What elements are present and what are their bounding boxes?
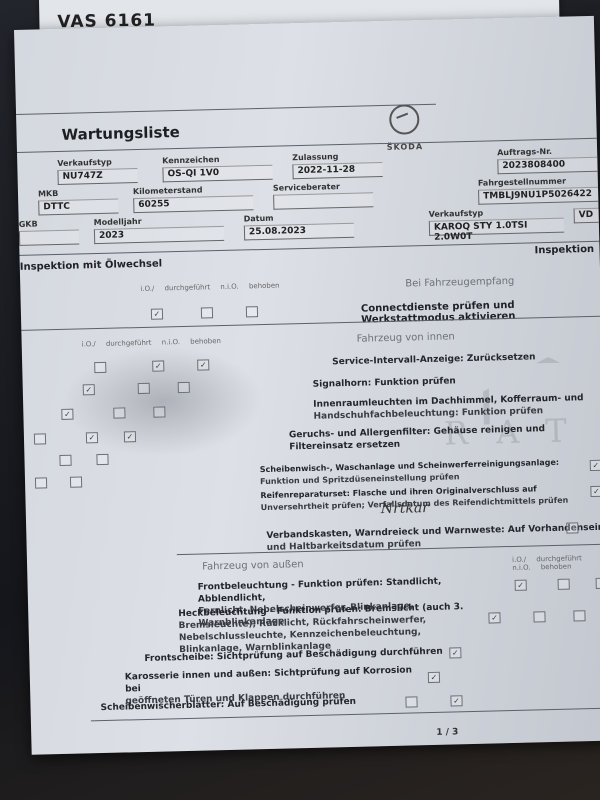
checkbox[interactable]: ✓ (488, 612, 500, 623)
divider (16, 104, 436, 115)
checkbox[interactable] (70, 476, 82, 487)
field-verkaufstyp-2: VerkaufstypKAROQ STY 1.0TSI 2.0W0T (429, 207, 565, 236)
maintenance-checklist-page: Wartungsliste ŠKODA VerkaufstypNU747Z Ke… (14, 16, 600, 755)
document-title: Wartungsliste (61, 123, 180, 144)
section-exterior: Fahrzeug von außen (202, 559, 304, 572)
checkbox[interactable] (153, 406, 165, 417)
checkbox[interactable]: ✓ (61, 409, 73, 420)
checkbox[interactable] (94, 362, 106, 373)
checkbox[interactable] (566, 522, 578, 533)
field-verkaufstyp: VerkaufstypNU747Z (57, 157, 138, 185)
checkbox[interactable] (59, 455, 71, 466)
handwritten-signature: Nrtkar (381, 500, 429, 517)
field-modelljahr: Modelljahr2023 (94, 215, 225, 244)
page-number: 1 / 3 (436, 727, 458, 738)
brand-logo: ŠKODA (384, 104, 425, 154)
checkbox[interactable] (178, 382, 190, 393)
checkbox[interactable]: ✓ (428, 672, 440, 683)
checkbox[interactable]: ✓ (83, 384, 95, 395)
checkbox[interactable]: ✓ (124, 431, 136, 442)
checkbox-io[interactable]: ✓ (151, 308, 163, 319)
checkbox[interactable]: ✓ (86, 432, 98, 443)
section-inspection-right: Inspektion (534, 244, 594, 256)
checkbox[interactable] (533, 611, 545, 622)
field-mkb: MKBDTTC (38, 188, 119, 216)
checkbox[interactable]: ✓ (450, 695, 462, 706)
interior-item: Signalhorn: Funktion prüfen (313, 375, 456, 390)
checkbox[interactable] (113, 407, 125, 418)
checkbox[interactable] (138, 383, 150, 394)
section-inspection: Inspektion mit Ölwechsel (20, 258, 163, 272)
field-serviceberater: Serviceberater (273, 181, 374, 209)
checkbox[interactable]: ✓ (152, 360, 164, 371)
section-interior: Fahrzeug von innen (357, 331, 455, 344)
checkbox[interactable] (405, 696, 417, 707)
field-fahrgestellnummer: FahrgestellnummerTMBLJ9NU1P5026422 (478, 176, 599, 205)
checkbox-nio[interactable] (201, 307, 213, 318)
section-reception: Bei Fahrzeugempfang (405, 276, 514, 290)
checkbox[interactable]: ✓ (590, 460, 600, 471)
column-headers: i.O./ durchgeführt n.i.O. behoben (140, 282, 279, 293)
checkbox[interactable] (96, 454, 108, 465)
checkbox[interactable]: ✓ (590, 486, 600, 497)
checkbox[interactable] (573, 610, 585, 621)
checkbox[interactable]: ✓ (515, 580, 527, 591)
checkbox[interactable] (596, 578, 600, 589)
interior-item: Verbandskasten, Warndreieck und Warnwest… (266, 522, 600, 554)
divider (21, 316, 600, 331)
field-auftrags-nr: Auftrags-Nr.2023808400 (497, 146, 598, 174)
column-headers-exterior: i.O./ durchgeführt n.i.O. behoben (512, 554, 600, 572)
skoda-logo-icon (389, 104, 420, 135)
field-kilometerstand: Kilometerstand60255 (133, 184, 254, 213)
field-zulassung: Zulassung2022-11-28 (292, 151, 383, 179)
checkbox[interactable] (34, 433, 46, 444)
checkbox-behoben[interactable] (246, 306, 258, 317)
checkbox[interactable]: ✓ (449, 647, 461, 658)
column-headers-interior: i.O./ durchgeführt n.i.O. behoben (82, 337, 221, 348)
checkbox[interactable] (35, 477, 47, 488)
field-kennzeichen: KennzeichenOS-QI 1V0 (162, 154, 273, 183)
checkbox[interactable] (558, 579, 570, 590)
field-datum: Datum25.08.2023 (244, 212, 355, 241)
checkbox[interactable]: ✓ (197, 359, 209, 370)
field-gkb: GKB (19, 218, 80, 245)
field-extra: VD (573, 206, 598, 224)
interior-item: Service-Intervall-Anzeige: Zurücksetzen (332, 351, 536, 368)
